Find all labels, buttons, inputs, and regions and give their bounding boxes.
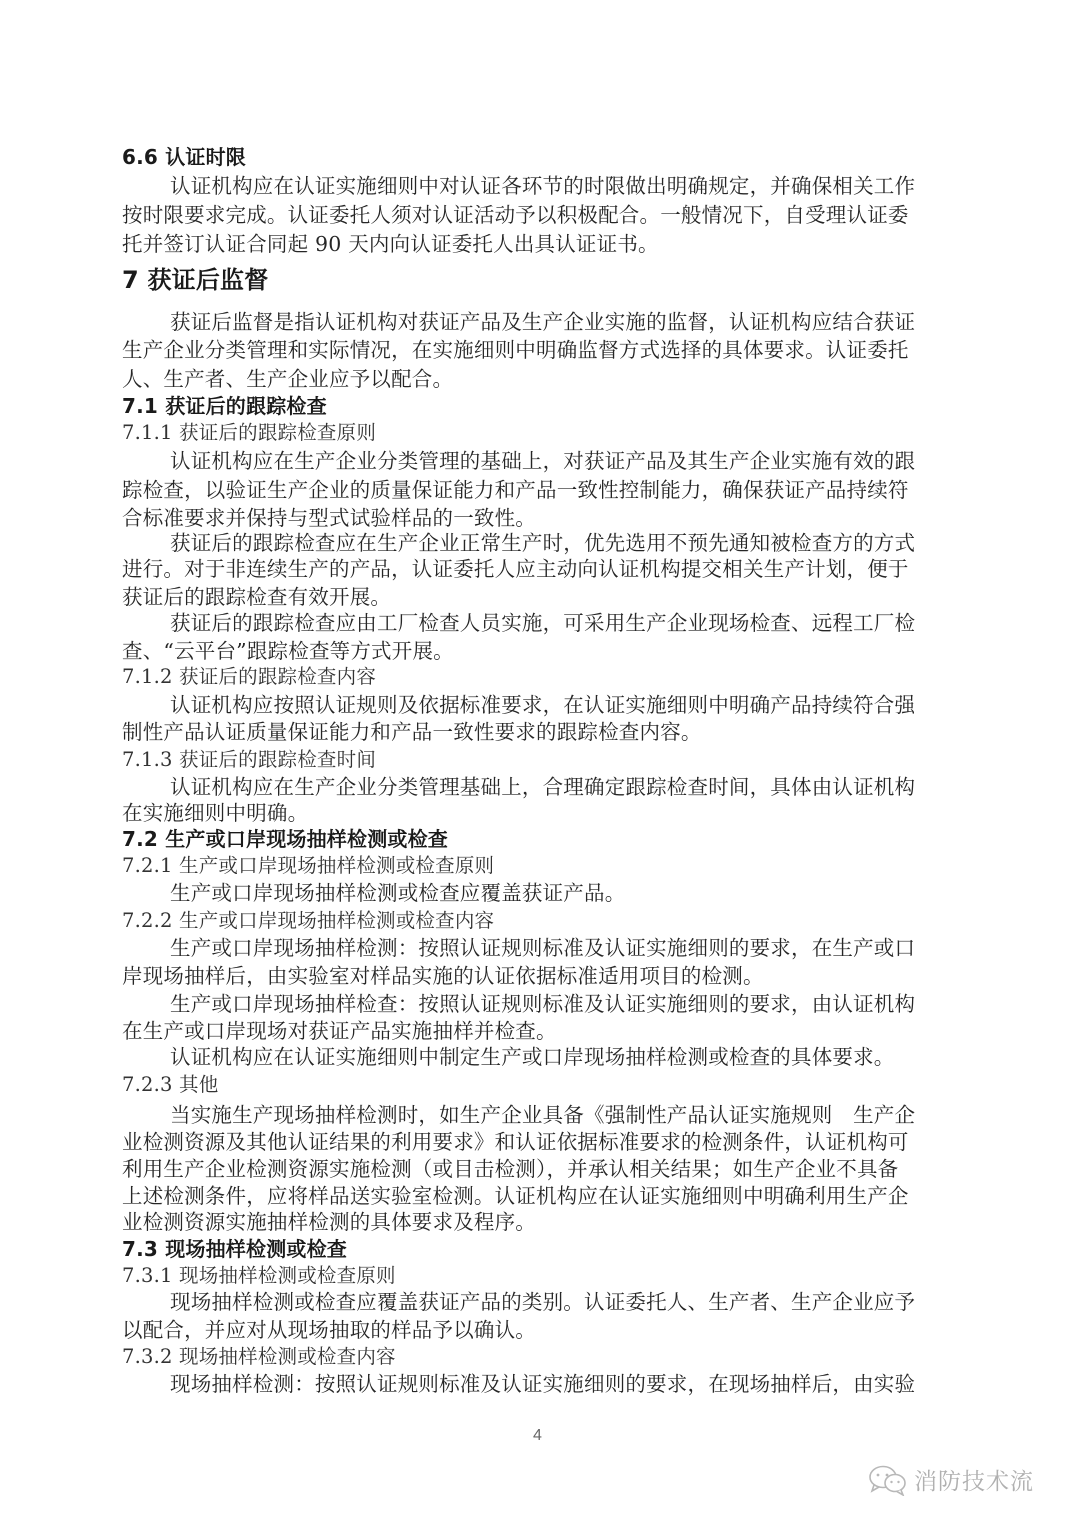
clause-heading: 7.3.2 现场抽样检测或检查内容 — [122, 1343, 952, 1371]
paragraph-line: 在实施细则中明确。 — [122, 799, 952, 827]
page-number: 4 — [533, 1427, 542, 1445]
paragraph-line: 上述检测条件，应将样品送实验室检测。认证机构应在认证实施细则中明确利用生产企 — [122, 1182, 952, 1210]
watermark: 消防技术流 — [868, 1463, 1034, 1496]
section-heading: 7 获证后监督 — [122, 263, 952, 297]
paragraph-line: 生产或口岸现场抽样检测或检查应覆盖获证产品。 — [170, 879, 1000, 907]
paragraph-line: 生产或口岸现场抽样检测：按照认证规则标准及认证实施细则的要求，在生产或口 — [170, 934, 1000, 962]
clause-heading: 7.3.1 现场抽样检测或检查原则 — [122, 1262, 952, 1290]
subsection-heading: 7.1 获证后的跟踪检查 — [122, 392, 952, 420]
paragraph-line: 人、生产者、生产企业应予以配合。 — [122, 365, 952, 393]
clause-heading: 7.2.3 其他 — [122, 1071, 952, 1099]
paragraph-line: 现场抽样检测或检查应覆盖获证产品的类别。认证委托人、生产者、生产企业应予 — [170, 1288, 1000, 1316]
paragraph-line: 生产或口岸现场抽样检查：按照认证规则标准及认证实施细则的要求，由认证机构 — [170, 990, 1000, 1018]
paragraph-line: 认证机构应在认证实施细则中对认证各环节的时限做出明确规定，并确保相关工作 — [170, 172, 1000, 200]
clause-heading: 7.1.3 获证后的跟踪检查时间 — [122, 746, 952, 774]
paragraph-line: 合标准要求并保持与型式试验样品的一致性。 — [122, 504, 952, 532]
clause-heading: 7.1.2 获证后的跟踪检查内容 — [122, 663, 952, 691]
paragraph-line: 获证后监督是指认证机构对获证产品及生产企业实施的监督，认证机构应结合获证 — [170, 308, 1000, 336]
subsection-heading: 7.2 生产或口岸现场抽样检测或检查 — [122, 825, 952, 853]
paragraph-line: 当实施生产现场抽样检测时，如生产企业具备《强制性产品认证实施规则 生产企 — [170, 1101, 1000, 1129]
paragraph-line: 认证机构应在生产企业分类管理基础上，合理确定跟踪检查时间，具体由认证机构 — [170, 773, 1000, 801]
paragraph-line: 按时限要求完成。认证委托人须对认证活动予以积极配合。一般情况下，自受理认证委 — [122, 201, 952, 229]
paragraph-line: 现场抽样检测：按照认证规则标准及认证实施细则的要求，在现场抽样后，由实验 — [170, 1370, 1000, 1398]
paragraph-line: 业检测资源及其他认证结果的利用要求》和认证依据标准要求的检测条件，认证机构可 — [122, 1128, 952, 1156]
paragraph-line: 岸现场抽样后，由实验室对样品实施的认证依据标准适用项目的检测。 — [122, 962, 952, 990]
paragraph-line: 利用生产企业检测资源实施检测（或目击检测），并承认相关结果；如生产企业不具备 — [122, 1155, 952, 1183]
paragraph-line: 获证后的跟踪检查有效开展。 — [122, 583, 952, 611]
clause-heading: 7.1.1 获证后的跟踪检查原则 — [122, 419, 952, 447]
paragraph-line: 以配合，并应对从现场抽取的样品予以确认。 — [122, 1316, 952, 1344]
paragraph-line: 进行。对于非连续生产的产品，认证委托人应主动向认证机构提交相关生产计划，便于 — [122, 555, 952, 583]
paragraph-line: 托并签订认证合同起 90 天内向认证委托人出具认证证书。 — [122, 230, 952, 258]
wechat-icon — [868, 1464, 908, 1496]
paragraph-line: 认证机构应在认证实施细则中制定生产或口岸现场抽样检测或检查的具体要求。 — [170, 1043, 1000, 1071]
watermark-text: 消防技术流 — [914, 1463, 1034, 1496]
paragraph-line: 生产企业分类管理和实际情况，在实施细则中明确监督方式选择的具体要求。认证委托 — [122, 336, 952, 364]
paragraph-line: 在生产或口岸现场对获证产品实施抽样并检查。 — [122, 1017, 952, 1045]
paragraph-line: 认证机构应在生产企业分类管理的基础上，对获证产品及其生产企业实施有效的跟 — [170, 447, 1000, 475]
subsection-heading: 6.6 认证时限 — [122, 143, 952, 171]
paragraph-line: 获证后的跟踪检查应由工厂检查人员实施，可采用生产企业现场检查、远程工厂检 — [170, 609, 1000, 637]
paragraph-line: 制性产品认证质量保证能力和产品一致性要求的跟踪检查内容。 — [122, 718, 952, 746]
paragraph-line: 获证后的跟踪检查应在生产企业正常生产时，优先选用不预先通知被检查方的方式 — [170, 529, 1000, 557]
paragraph-line: 认证机构应按照认证规则及依据标准要求，在认证实施细则中明确产品持续符合强 — [170, 691, 1000, 719]
clause-heading: 7.2.2 生产或口岸现场抽样检测或检查内容 — [122, 907, 952, 935]
subsection-heading: 7.3 现场抽样检测或检查 — [122, 1235, 952, 1263]
paragraph-line: 踪检查，以验证生产企业的质量保证能力和产品一致性控制能力，确保获证产品持续符 — [122, 476, 952, 504]
paragraph-line: 查、“云平台”跟踪检查等方式开展。 — [122, 637, 952, 665]
paragraph-line: 业检测资源实施抽样检测的具体要求及程序。 — [122, 1208, 952, 1236]
clause-heading: 7.2.1 生产或口岸现场抽样检测或检查原则 — [122, 852, 952, 880]
